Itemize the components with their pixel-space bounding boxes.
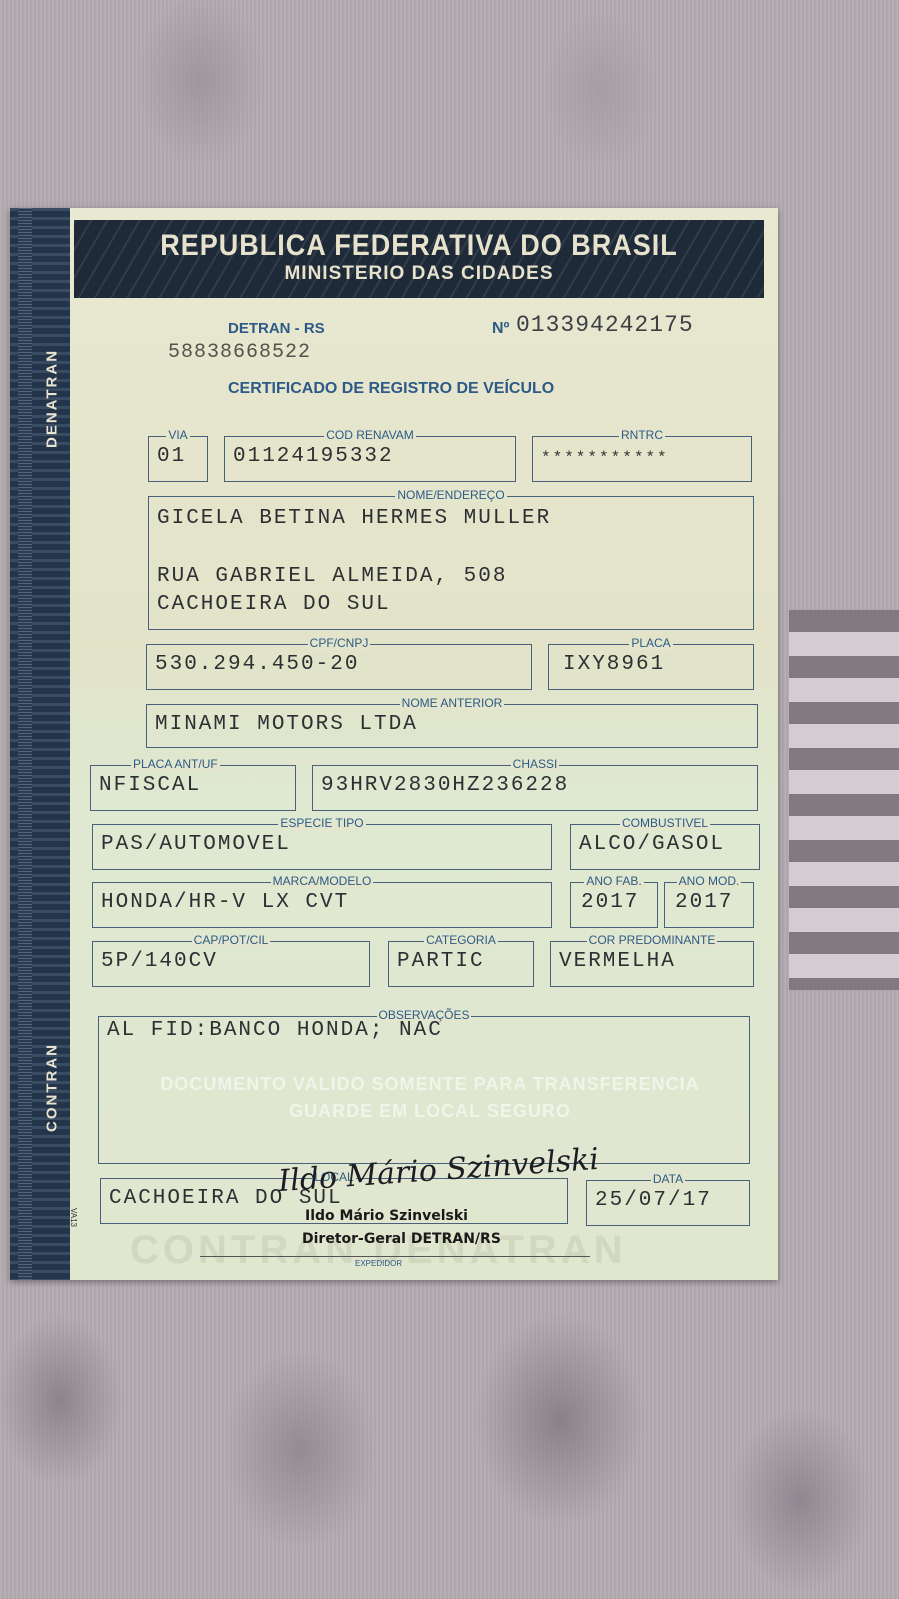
field-label: ANO MOD. <box>677 874 742 888</box>
vehicle-registration-certificate: DENATRAN CONTRAN REPUBLICA FEDERATIVA DO… <box>10 208 778 1280</box>
field-value: ALCO/GASOL <box>579 833 725 856</box>
field-value: 25/07/17 <box>595 1189 712 1212</box>
signer-title: Diretor-Geral DETRAN/RS <box>302 1231 501 1247</box>
side-text-denatran: DENATRAN <box>40 338 64 458</box>
header-republic: REPUBLICA FEDERATIVA DO BRASIL <box>74 228 764 262</box>
field-label: RNTRC <box>619 428 665 442</box>
field-label: NOME/ENDEREÇO <box>395 488 506 502</box>
field-fuel: COMBUSTIVEL ALCO/GASOL <box>570 824 760 870</box>
field-label: ESPECIE TIPO <box>278 816 365 830</box>
field-species-type: ESPECIE TIPO PAS/AUTOMOVEL <box>92 824 552 870</box>
field-previous-plate: PLACA ANT/UF NFISCAL <box>90 765 296 811</box>
signature-line <box>200 1256 590 1257</box>
field-value: 2017 <box>675 891 733 914</box>
field-plate: PLACA IXY8961 <box>548 644 754 690</box>
field-label: CPF/CNPJ <box>308 636 371 650</box>
field-label: COR PREDOMINANTE <box>587 933 718 947</box>
field-renavam: COD RENAVAM 01124195332 <box>224 436 516 482</box>
side-text-contran: CONTRAN <box>40 1028 64 1148</box>
field-label: VIA <box>166 428 189 442</box>
field-name-address: NOME/ENDEREÇO GICELA BETINA HERMES MULLE… <box>148 496 754 630</box>
field-label: PLACA ANT/UF <box>131 757 220 771</box>
field-label: PLACA <box>629 636 672 650</box>
watermark-valid-for-transfer: DOCUMENTO VALIDO SOMENTE PARA TRANSFEREN… <box>110 1074 750 1095</box>
field-year-manufacture: ANO FAB. 2017 <box>570 882 658 928</box>
field-value: 93HRV2830HZ236228 <box>321 774 569 797</box>
owner-name: GICELA BETINA HERMES MULLER <box>157 507 551 530</box>
side-security-band: DENATRAN CONTRAN <box>10 208 70 1280</box>
field-year-model: ANO MOD. 2017 <box>664 882 754 928</box>
watermark-keep-safe: GUARDE EM LOCAL SEGURO <box>110 1101 750 1122</box>
field-label: NOME ANTERIOR <box>400 696 505 710</box>
field-via: VIA 01 <box>148 436 208 482</box>
field-value: 01 <box>157 445 186 468</box>
small-print-code: VA13 <box>69 1208 78 1227</box>
field-category: CATEGORIA PARTIC <box>388 941 534 987</box>
field-value: PARTIC <box>397 950 485 973</box>
field-value: 530.294.450-20 <box>155 653 359 676</box>
issuer-code: 58838668522 <box>168 341 311 364</box>
field-label: CATEGORIA <box>424 933 498 947</box>
field-value: 2017 <box>581 891 639 914</box>
certificate-number: 013394242175 <box>516 312 694 338</box>
field-value: NFISCAL <box>99 774 201 797</box>
field-previous-owner: NOME ANTERIOR MINAMI MOTORS LTDA <box>146 704 758 748</box>
background-quilt-pattern <box>789 610 899 990</box>
field-value: 5P/140CV <box>101 950 218 973</box>
field-value: VERMELHA <box>559 950 676 973</box>
field-capacity-power: CAP/POT/CIL 5P/140CV <box>92 941 370 987</box>
field-chassis: CHASSI 93HRV2830HZ236228 <box>312 765 758 811</box>
header-ministry: MINISTERIO DAS CIDADES <box>74 263 764 285</box>
field-value: PAS/AUTOMOVEL <box>101 833 291 856</box>
field-value: *********** <box>541 449 669 467</box>
field-value: IXY8961 <box>563 653 665 676</box>
field-rntrc: RNTRC *********** <box>532 436 752 482</box>
field-value: 01124195332 <box>233 445 394 468</box>
side-band-edge <box>18 208 32 1280</box>
field-label: CHASSI <box>511 757 560 771</box>
field-color: COR PREDOMINANTE VERMELHA <box>550 941 754 987</box>
field-label: CAP/POT/CIL <box>192 933 271 947</box>
field-make-model: MARCA/MODELO HONDA/HR-V LX CVT <box>92 882 552 928</box>
document-title: CERTIFICADO DE REGISTRO DE VEÍCULO <box>228 380 554 398</box>
field-cpf-cnpj: CPF/CNPJ 530.294.450-20 <box>146 644 532 690</box>
field-label: COMBUSTIVEL <box>620 816 710 830</box>
owner-street: RUA GABRIEL ALMEIDA, 508 <box>157 565 507 588</box>
field-label: DATA <box>651 1172 685 1186</box>
field-label: ANO FAB. <box>584 874 643 888</box>
owner-city: CACHOEIRA DO SUL <box>157 593 391 616</box>
field-date: DATA 25/07/17 <box>586 1180 750 1226</box>
field-value: MINAMI MOTORS LTDA <box>155 713 418 736</box>
expedidor-label: EXPEDIDOR <box>355 1259 402 1268</box>
field-label: COD RENAVAM <box>324 428 416 442</box>
signer-name: Ildo Mário Szinvelski <box>305 1208 468 1224</box>
field-value: AL FID:BANCO HONDA; NAC <box>107 1019 443 1042</box>
field-label: MARCA/MODELO <box>271 874 374 888</box>
header-band: REPUBLICA FEDERATIVA DO BRASIL MINISTERI… <box>74 220 764 298</box>
number-label: Nº <box>492 320 509 338</box>
field-value: HONDA/HR-V LX CVT <box>101 891 349 914</box>
issuer: DETRAN - RS <box>228 320 325 337</box>
